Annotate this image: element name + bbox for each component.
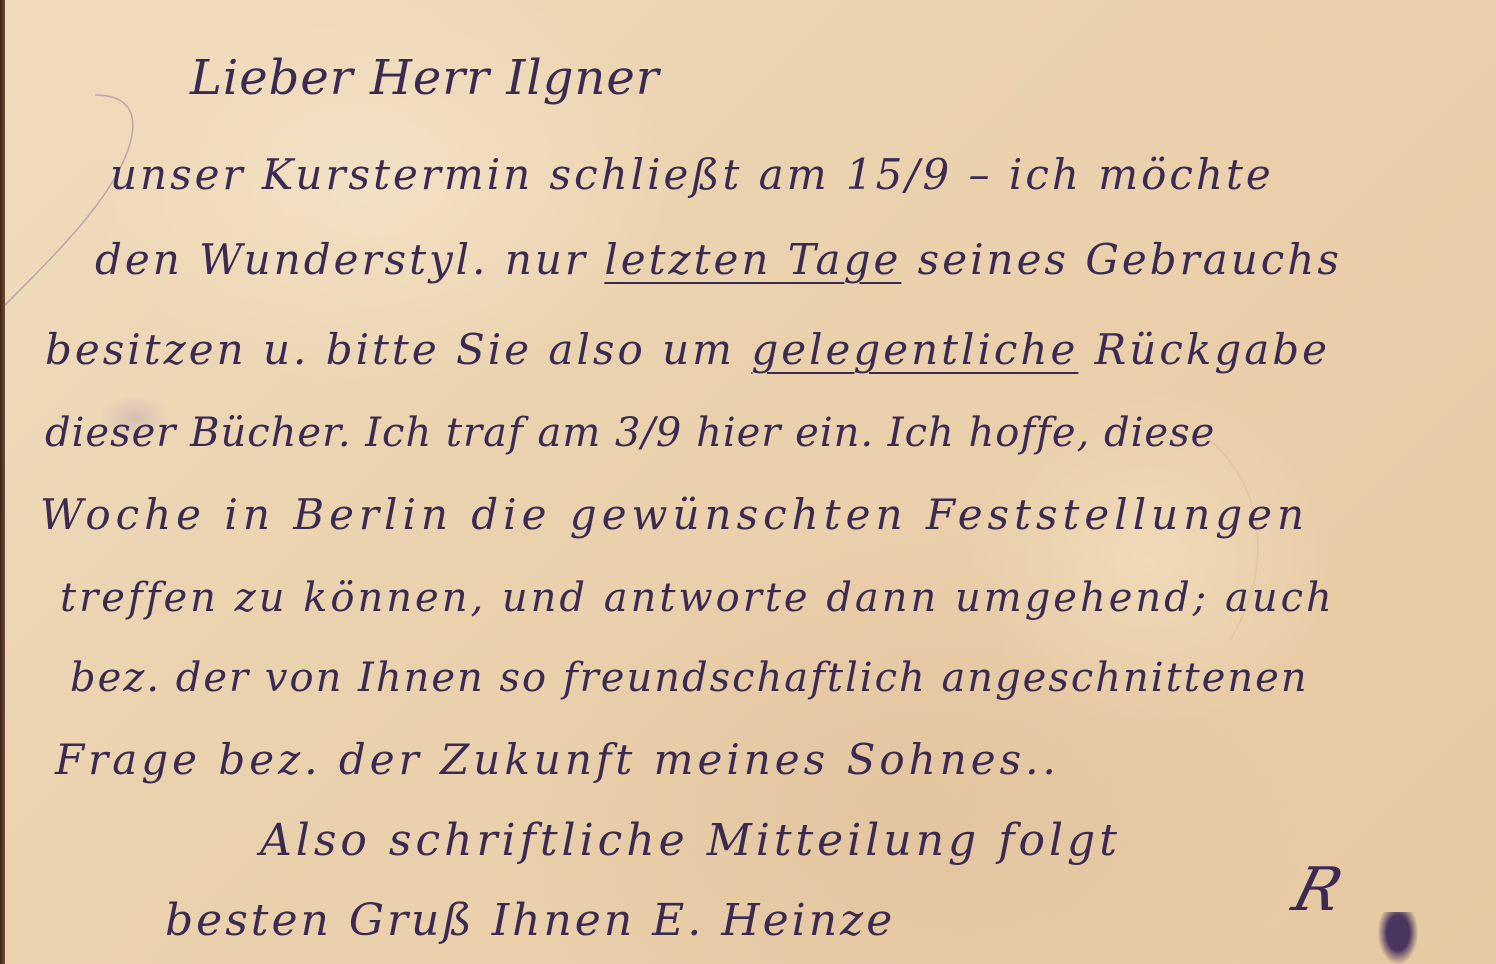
text-segment: den Wunderstyl. nur (95, 235, 604, 284)
postcard: Lieber Herr Ilgner unser Kurstermin schl… (0, 0, 1496, 964)
card-edge (0, 0, 5, 964)
salutation: Lieber Herr Ilgner (190, 50, 660, 106)
text-segment: besitzen u. bitte Sie also um (45, 325, 751, 374)
text-line-8: Frage bez. der Zukunft meines Sohnes.. (55, 735, 1060, 784)
closing-line: Also schriftliche Mitteilung folgt (260, 815, 1121, 866)
text-line-6: treffen zu können, und antworte dann umg… (60, 575, 1335, 621)
underlined-phrase: gelegentliche (751, 325, 1078, 374)
text-line-3: besitzen u. bitte Sie also um gelegentli… (45, 325, 1330, 374)
text-line-2: den Wunderstyl. nur letzten Tage seines … (95, 235, 1342, 284)
text-line-1: unser Kurstermin schließt am 15/9 – ich … (110, 150, 1274, 199)
ink-blot (1378, 912, 1418, 964)
text-line-7: bez. der von Ihnen so freundschaftlich a… (70, 655, 1309, 701)
signature-line: besten Gruß Ihnen E. Heinze (165, 895, 895, 946)
text-segment: seines Gebrauchs (901, 235, 1342, 284)
text-segment: Rückgabe (1078, 325, 1330, 374)
underlined-phrase: letzten Tage (604, 235, 901, 284)
initial-mark: R (1286, 855, 1350, 925)
text-line-5: Woche in Berlin die gewünschten Feststel… (40, 490, 1309, 539)
text-line-4: dieser Bücher. Ich traf am 3/9 hier ein.… (45, 410, 1215, 456)
